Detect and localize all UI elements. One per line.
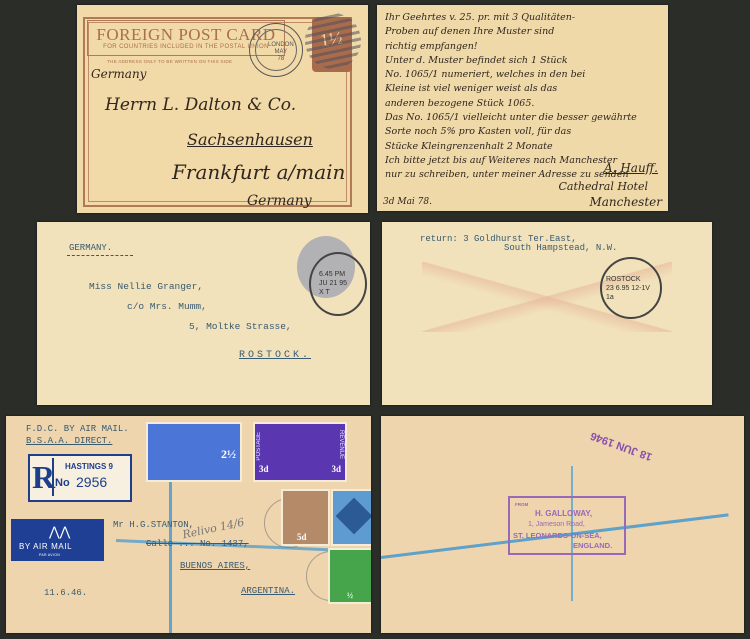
- airmail-etiquette: ⋀⋀ BY AIR MAIL PAR AVION: [11, 519, 104, 561]
- registration-label: R HASTINGS 9 No 2956: [28, 454, 132, 502]
- street: Calle ... No. 1437,: [146, 539, 249, 549]
- country-header: GERMANY.: [69, 243, 112, 253]
- message-line: Kleine ist viel weniger weist als das: [385, 82, 660, 96]
- message-line: Ihr Geehrtes v. 25. pr. mit 3 Qualitäten…: [385, 11, 660, 25]
- par-avion-text: PAR AVION: [39, 553, 60, 557]
- handwritten-city: Frankfurt a/main: [172, 160, 345, 184]
- postcard-back-message: Ihr Geehrtes v. 25. pr. mit 3 Qualitäten…: [377, 5, 668, 211]
- message-date: 3d Mai 78.: [383, 197, 432, 207]
- london-postmark: LONDON MAY 78: [249, 23, 303, 77]
- route-header: B.S.A.A. DIRECT.: [26, 436, 112, 446]
- message-line: anderen bezogene Stück 1065.: [385, 97, 660, 111]
- postmark-time: 6.45 PM: [319, 271, 345, 278]
- postmark-date: JU 21 95: [319, 280, 347, 287]
- envelope-back-return: return: 3 Goldhurst Ter.East, South Hamp…: [382, 222, 712, 405]
- care-of: c/o Mrs. Mumm,: [127, 301, 207, 312]
- stamp-value: 2½: [221, 447, 236, 462]
- king-portrait-icon: [336, 498, 371, 535]
- stamp-value: 3d: [331, 464, 341, 474]
- foreign-post-card-front: FOREIGN POST CARD FOR COUNTRIES INCLUDED…: [77, 5, 368, 213]
- postmark-suffix: 1a: [606, 294, 614, 301]
- handwritten-addressee: Herrn L. Dalton & Co.: [105, 95, 296, 115]
- sender-cachet: FROM H. GALLOWAY, 1, Jameson Road, ST. L…: [508, 496, 626, 555]
- postmark-month: MAY: [275, 49, 288, 55]
- fdc-header: F.D.C. BY AIR MAIL.: [26, 424, 129, 434]
- airmail-text: BY AIR MAIL: [19, 542, 72, 551]
- dashed-underline: [67, 255, 133, 256]
- signature: A. Hauff.: [604, 161, 658, 175]
- stamp-blue-high-value: [331, 489, 371, 546]
- postmark-text: ROSTOCK 23 6.95 12-1V 1a: [606, 275, 650, 302]
- blue-crayon-vertical: [169, 481, 172, 633]
- cachet-country: ENGLAND.: [573, 541, 612, 550]
- handwritten-country-2: Germany: [247, 193, 312, 209]
- city: ROSTOCK.: [239, 350, 311, 361]
- postmark-code: X T: [319, 289, 330, 296]
- postmark-year: 78: [277, 56, 284, 62]
- stamp-5d-brown: 5d: [281, 489, 330, 546]
- postmark-city: ROSTOCK: [606, 276, 641, 283]
- wings-icon: ⋀⋀: [49, 524, 70, 540]
- stamp-half-penny-green: ½: [328, 548, 371, 604]
- message-line: No. 1065/1 numeriert, welches in den bei: [385, 68, 660, 82]
- airmail-cover-back: 18 JUN 1946 FROM H. GALLOWAY, 1, Jameson…: [381, 416, 744, 633]
- postmark-city: LONDON: [268, 42, 294, 48]
- barred-cancel-icon: [305, 13, 361, 69]
- addressee: Miss Nellie Granger,: [89, 281, 203, 292]
- stamp-value: 5d: [297, 532, 307, 542]
- cachet-from: FROM: [515, 502, 528, 507]
- airmail-cover-front: F.D.C. BY AIR MAIL. B.S.A.A. DIRECT. R H…: [6, 416, 371, 633]
- message-line: Das No. 1065/1 vielleicht unter die bess…: [385, 111, 660, 125]
- handwritten-town: Sachsenhausen: [187, 130, 313, 149]
- message-line: Proben auf denen Ihre Muster sind: [385, 25, 660, 39]
- hotel-name: Cathedral Hotel: [558, 180, 648, 193]
- cachet-town: ST. LEONARDS-ON-SEA,: [513, 531, 602, 540]
- cachet-street: 1, Jameson Road,: [528, 521, 585, 528]
- registration-number: 2956: [76, 474, 107, 490]
- cover-date: 11.6.46.: [44, 588, 87, 598]
- cachet-name: H. GALLOWAY,: [535, 509, 592, 518]
- registration-letter: R: [32, 458, 54, 496]
- country: ARGENTINA.: [241, 586, 295, 596]
- stamp-value: ½: [347, 591, 353, 600]
- message-line: Sorte noch 5% pro Kasten voll, für das: [385, 125, 660, 139]
- sender-city: Manchester: [589, 195, 662, 209]
- envelope-front-rostock: GERMANY. Miss Nellie Granger, c/o Mrs. M…: [37, 222, 370, 405]
- arrival-date-stamp: 18 JUN 1946: [589, 429, 654, 462]
- street: 5, Moltke Strasse,: [189, 321, 292, 332]
- address-instruction: THE ADDRESS ONLY TO BE WRITTEN ON THIS S…: [107, 59, 232, 64]
- postmark-date: 23 6.95 12-1V: [606, 285, 650, 292]
- handwritten-country: Germany: [91, 67, 146, 81]
- message-line: Stücke Kleingrenzenhalt 2 Monate: [385, 140, 660, 154]
- registration-no-label: No: [55, 477, 70, 489]
- message-line: richtig empfangen!: [385, 40, 660, 54]
- postmark-text: 6.45 PM JU 21 95 X T: [319, 270, 347, 297]
- city: BUENOS AIRES,: [180, 561, 250, 571]
- message-line: Unter d. Muster befindet sich 1 Stück: [385, 54, 660, 68]
- return-address-line2: South Hampstead, N.W.: [504, 243, 617, 253]
- message-lines: Ihr Geehrtes v. 25. pr. mit 3 Qualitäten…: [385, 11, 660, 183]
- stamp-label-postage: POSTAGE: [256, 432, 262, 461]
- stamp-value: 3d: [259, 464, 269, 474]
- stamp-victory-2-5d: 2½: [146, 422, 242, 482]
- stamp-label-revenue: REVENUE: [338, 430, 344, 459]
- registration-office: HASTINGS 9: [65, 462, 113, 471]
- stamp-victory-3d: POSTAGE REVENUE 3d 3d: [253, 422, 347, 482]
